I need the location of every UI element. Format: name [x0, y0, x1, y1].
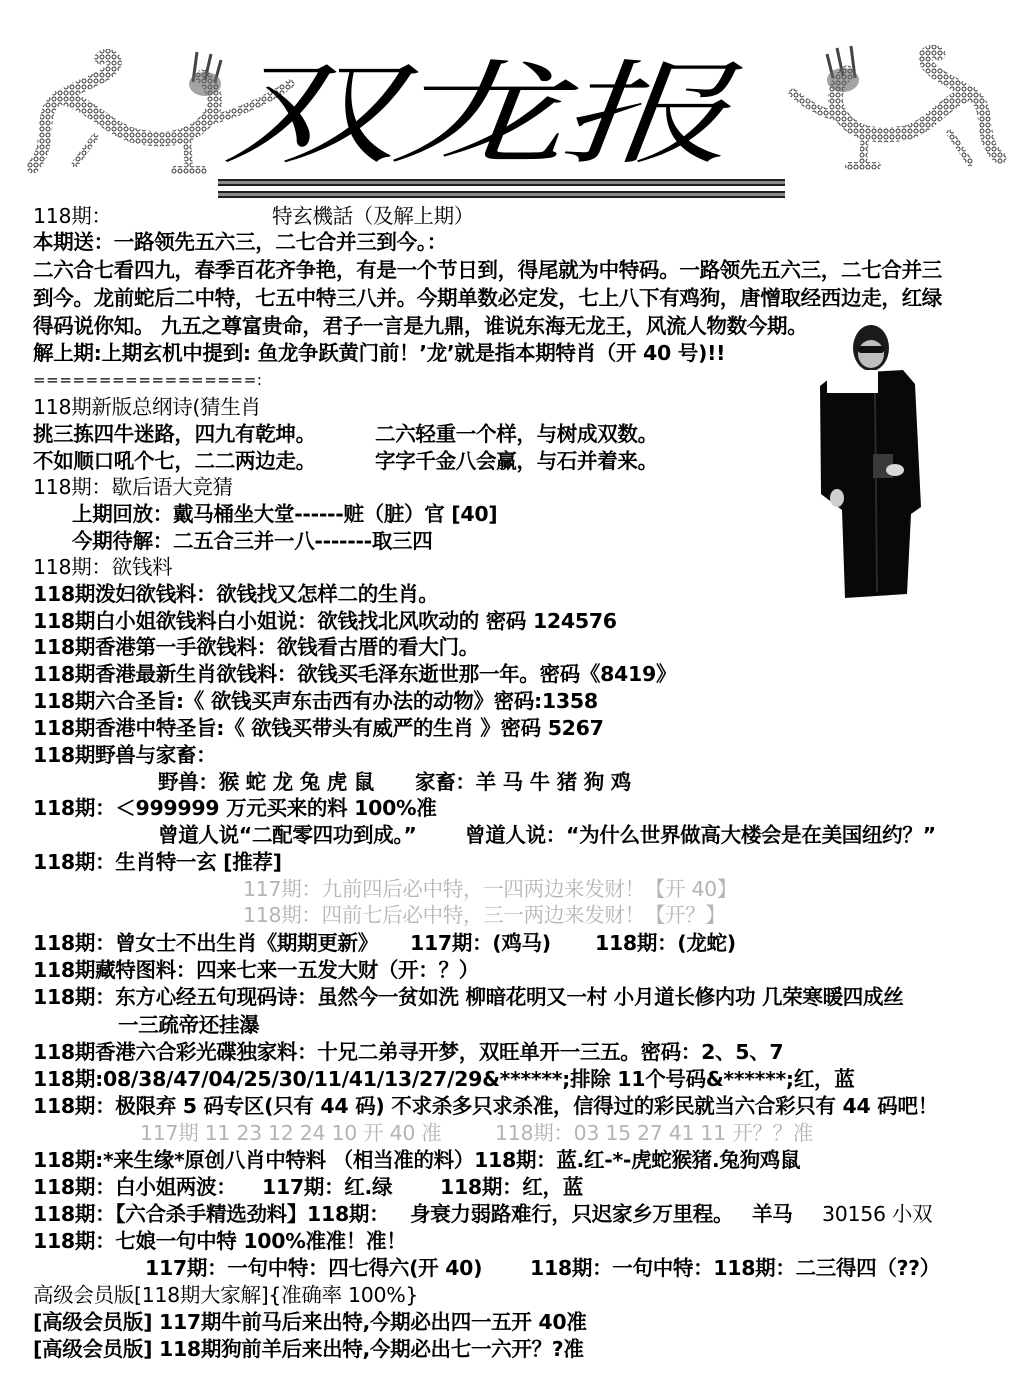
seven-lady-prev: 117期：一句中特：四七得六(开 40)	[145, 1255, 482, 1281]
killer-extra: 30156 小双	[822, 1201, 932, 1227]
killer-verse: 身衰力弱路难行，只迟家乡万里程。	[410, 1201, 733, 1227]
seven-lady-title: 118期：七娘一句中特 100%准准！准！	[33, 1228, 406, 1254]
eliminate-current: 118期：03 15 27 41 11 开？？准	[495, 1120, 813, 1146]
eliminate-prev-result: 117期 11 23 12 24 10 开 40 准	[140, 1120, 441, 1146]
ms-zeng-prev-result: 117期：(鸡马)	[410, 930, 551, 956]
dragon-right-illustration	[785, 38, 1015, 178]
money-clue-item: 118期白小姐欲钱料白小姐说：欲钱找北风吹动的 密码 124576	[33, 608, 617, 634]
riddle-to-solve: 今期待解：二五合三并一八-------取三四	[72, 528, 432, 554]
heart-sutra-poem-cont: 一三疏帝还挂瀑	[118, 1012, 259, 1038]
two-waves-prev: 117期：红.绿	[262, 1174, 392, 1200]
vip-title: 高级会员版[118期大家解]{准确率 100%}	[33, 1282, 418, 1308]
ms-zeng-current: 118期：(龙蛇)	[595, 930, 736, 956]
zodiac-mystery-history: 118期：四前七后必中特，三一两边来发财！【开？】	[243, 902, 726, 928]
premium-tip-quote: 曾道人说：“为什么世界做高大楼会是在美国纽约？”	[465, 822, 936, 848]
heart-sutra-poem: 118期：东方心经五句现码诗：虽然今一贫如洗 柳暗花明又一村 小月道长修内功 几…	[33, 984, 903, 1010]
intro-last-solution: 解上期:上期玄机中提到: 鱼龙争跃黄门前！’龙’就是指本期特肖（开 40 号)!…	[33, 340, 725, 366]
master-poem-line: 不如顺口吼个七，二二两边走。	[33, 448, 316, 474]
eight-zodiac-clue: 118期:*来生缘*原创八肖中特料 （相当准的料）118期：蓝.红-*-虎蛇猴猪…	[33, 1147, 800, 1173]
master-poem-title: 118期新版总纲诗(猜生肖	[33, 394, 261, 420]
riddle-last-replay: 上期回放：戴马桶坐大堂------赃（脏）官 [40]	[72, 501, 497, 527]
premium-tip-quote: 曾道人说“二配零四功到成。”	[158, 822, 417, 848]
master-poem-line: 字字千金八会赢，与石并着来。	[375, 448, 658, 474]
vip-item: [高级会员版] 117期牛前马后来出特,今期必出四一五开 40准	[33, 1309, 587, 1335]
cd-exclusive-clue: 118期香港六合彩光碟独家料：十兄二弟寻开梦，双旺单开一三五。密码：2、5、7	[33, 1039, 783, 1065]
vip-item: [高级会员版] 118期狗前羊后来出特,今期必出七一六开？?准	[33, 1336, 584, 1362]
ms-zeng-title: 118期：曾女士不出生肖《期期更新》	[33, 930, 378, 956]
number-list: 118期:08/38/47/04/25/30/11/41/13/27/29&**…	[33, 1066, 854, 1092]
beasts-title: 118期野兽与家畜：	[33, 742, 216, 768]
riddle-title: 118期：歇后语大竞猜	[33, 474, 233, 500]
money-clue-item: 118期泼妇欲钱料：欲钱找又怎样二的生肖。	[33, 581, 439, 607]
intro-verse-line: 得码说你知。 九五之尊富贵命，君子一言是九鼎，谁说东海无龙王，风流人物数今期。	[33, 313, 807, 339]
wild-beasts-list: 野兽：猴 蛇 龙 兔 虎 鼠	[158, 769, 374, 795]
money-clue-item: 118期香港中特圣旨:《 欲钱买带头有威严的生肖 》密码 5267	[33, 715, 604, 741]
two-waves-label: 118期：白小姐两波：	[33, 1174, 237, 1200]
two-waves-current: 118期：红，蓝	[440, 1174, 583, 1200]
killer-label: 118期：【六合杀手精选劲料】118期：	[33, 1201, 389, 1227]
section-divider: =================:	[33, 367, 263, 393]
money-clue-item: 118期香港第一手欲钱料：欲钱看古厝的看大门。	[33, 634, 479, 660]
intro-verse-line: 二六合七看四九，春季百花齐争艳，有是一个节日到，得尾就为中特码。一路领先五六三，…	[33, 257, 942, 283]
zodiac-mystery-history: 117期：九前四后必中特，一四两边来发财！【开 40】	[243, 876, 737, 902]
zodiac-mystery-title: 118期：生肖特一玄 [推荐]	[33, 849, 282, 875]
intro-heading: 特玄機話（及解上期）	[272, 203, 474, 229]
masthead-title: 双龙报	[212, 50, 764, 180]
hidden-image-clue: 118期藏特图料：四来七来一五发大财（开：？）	[33, 957, 479, 983]
money-clue-item: 118期六合圣旨:《 欲钱买声东击西有办法的动物》密码:1358	[33, 688, 598, 714]
killer-zodiac: 羊马	[752, 1201, 792, 1227]
seven-lady-current: 118期：一句中特：118期：二三得四（??）	[530, 1255, 940, 1281]
masthead-rule-top	[218, 179, 785, 186]
master-poem-line: 挑三拣四牛迷路，四九有乾坤。	[33, 421, 316, 447]
eliminate-title: 118期：极限弃 5 码专区(只有 44 码) 不求杀多只求杀准，信得过的彩民就…	[33, 1093, 938, 1119]
masthead-rule-bottom	[218, 191, 785, 198]
domestic-animals-list: 家畜：羊 马 牛 猪 狗 鸡	[415, 769, 631, 795]
premium-tip-title: 118期：＜999999 万元买来的料 100%准	[33, 795, 436, 821]
master-poem-line: 二六轻重一个样，与树成双数。	[375, 421, 658, 447]
intro-period-label: 118期：	[33, 203, 112, 229]
money-clues-title: 118期：欲钱料	[33, 554, 172, 580]
intro-gift: 本期送：一路领先五六三，二七合并三到今。：	[33, 229, 447, 255]
money-clue-item: 118期香港最新生肖欲钱料：欲钱买毛泽东逝世那一年。密码《8419》	[33, 661, 676, 687]
man-in-robe-photo	[815, 322, 927, 600]
intro-verse-line: 到今。龙前蛇后二中特，七五中特三八并。今期单数必定发，七上八下有鸡狗，唐憎取经西…	[33, 285, 942, 311]
